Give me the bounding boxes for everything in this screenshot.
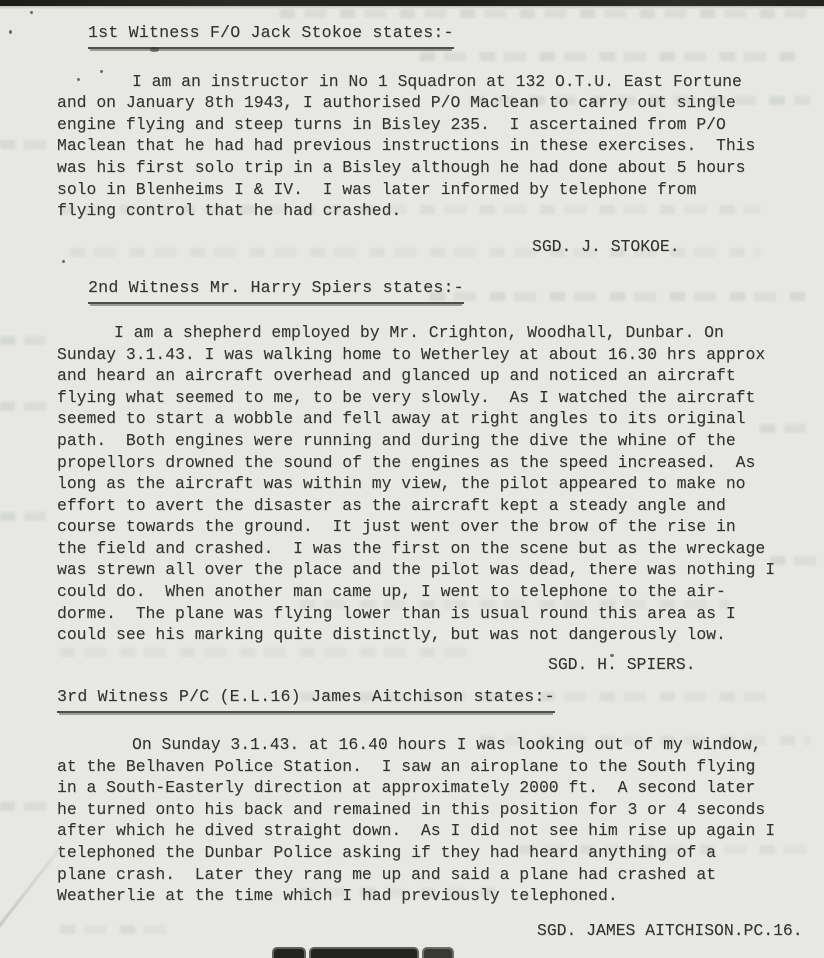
statement-line: flying what seemed to me, to be very slo… [57, 387, 824, 409]
witness-3-paragraph: On Sunday 3.1.43. at 16.40 hours I was l… [57, 734, 824, 907]
statement-line: seemed to start a wobble and fell away a… [57, 408, 824, 430]
statement-line: solo in Blenheims I & IV. I was later in… [57, 179, 824, 201]
statement-line: Weatherlie at the time which I had previ… [57, 885, 824, 907]
witness-3-heading-text: 3rd Witness P/C (E.L.16) James Aitchison… [57, 686, 555, 713]
statement-line: dorme. The plane was flying lower than i… [57, 603, 824, 625]
statement-line: could see his marking quite distinctly, … [57, 624, 824, 646]
statement-line: was strewn all over the place and the pi… [57, 559, 824, 581]
witness-2-heading: 2nd Witness Mr. Harry Spiers states:- [88, 277, 824, 304]
statement-line: he turned onto his back and remained in … [57, 799, 824, 821]
statement-line: and heard an aircraft overhead and glanc… [57, 365, 824, 387]
bleed-through-marks [280, 9, 810, 18]
witness-1-signature: SGD. J. STOKOE. [57, 236, 824, 258]
toolbar-button-right[interactable] [422, 947, 454, 958]
statement-line: Sunday 3.1.43. I was walking home to Wet… [57, 344, 824, 366]
statement-line: I am an instructor in No 1 Squadron at 1… [57, 71, 824, 93]
statement-line: in a South-Easterly direction at approxi… [57, 777, 824, 799]
statement-line: the field and crashed. I was the first o… [57, 538, 824, 560]
statement-line: engine flying and steep turns in Bisley … [57, 114, 824, 136]
statement-line: course towards the ground. It just went … [57, 516, 824, 538]
toolbar-button-center[interactable] [309, 947, 419, 958]
scan-edge-strip [0, 0, 824, 6]
statement-line: effort to avert the disaster as the airc… [57, 495, 824, 517]
statement-line: after which he dived straight down. As I… [57, 820, 824, 842]
statement-line: and on January 8th 1943, I authorised P/… [57, 92, 824, 114]
statement-line: plane crash. Later they rang me up and s… [57, 864, 824, 886]
statement-line: Maclean that he had had previous instruc… [57, 135, 824, 157]
statement-line: flying control that he had crashed. [57, 200, 824, 222]
statement-line: was his first solo trip in a Bisley alth… [57, 157, 824, 179]
witness-statement-3: 3rd Witness P/C (E.L.16) James Aitchison… [57, 686, 824, 941]
ink-speck [30, 11, 33, 14]
statement-line: telephoned the Dunbar Police asking if t… [57, 842, 824, 864]
statement-line: path. Both engines were running and duri… [57, 430, 824, 452]
scanned-document-page: 1st Witness F/O Jack Stokoe states:- I a… [0, 0, 824, 958]
statement-line: at the Belhaven Police Station. I saw an… [57, 756, 824, 778]
witness-3-signature: SGD. JAMES AITCHISON.PC.16. [57, 920, 824, 942]
witness-statements: 1st Witness F/O Jack Stokoe states:- I a… [0, 22, 824, 941]
witness-2-paragraph: I am a shepherd employed by Mr. Crighton… [57, 322, 824, 646]
toolbar-button-left[interactable] [272, 947, 306, 958]
bottom-toolbar [0, 944, 824, 958]
witness-3-heading: 3rd Witness P/C (E.L.16) James Aitchison… [57, 686, 824, 713]
witness-statement-1: 1st Witness F/O Jack Stokoe states:- I a… [57, 22, 824, 257]
statement-line: could do. When another man came up, I we… [57, 581, 824, 603]
witness-1-heading-text: 1st Witness F/O Jack Stokoe states:- [88, 22, 454, 49]
witness-2-signature: SGD. H. SPIERS. [57, 654, 824, 676]
statement-line: On Sunday 3.1.43. at 16.40 hours I was l… [57, 734, 824, 756]
statement-line: I am a shepherd employed by Mr. Crighton… [57, 322, 824, 344]
witness-statement-2: 2nd Witness Mr. Harry Spiers states:- I … [57, 277, 824, 675]
witness-1-paragraph: I am an instructor in No 1 Squadron at 1… [57, 71, 824, 222]
statement-line: propellors drowned the sound of the engi… [57, 452, 824, 474]
witness-1-heading: 1st Witness F/O Jack Stokoe states:- [88, 22, 824, 49]
witness-2-heading-text: 2nd Witness Mr. Harry Spiers states:- [88, 277, 464, 304]
statement-line: long as the aircraft was within my view,… [57, 473, 824, 495]
